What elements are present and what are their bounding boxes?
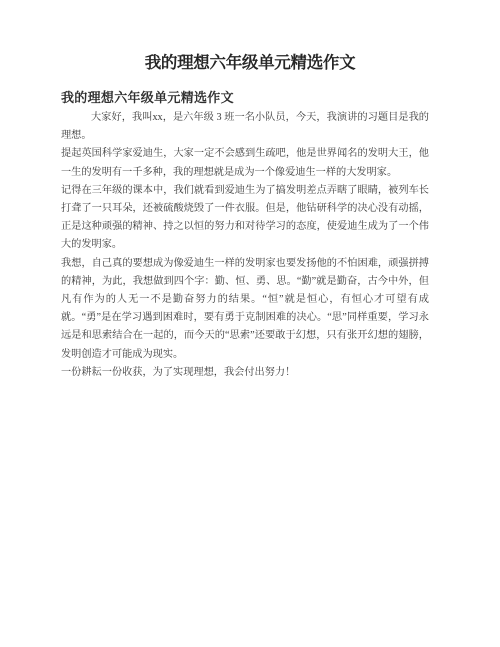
document-body: 大家好，我叫xx，是六年级 3 班一名小队员，今天，我演讲的习题目是我的理想。提…	[0, 109, 429, 382]
paragraph-1: 大家好，我叫xx，是六年级 3 班一名小队员，今天，我演讲的习题目是我的理想。	[61, 109, 429, 145]
paragraph-4: 我想，自己真的要想成为像爱迪生一样的发明家也要发扬他的不怕困难，顽强拼搏的精神，…	[61, 255, 429, 364]
paragraph-5: 一份耕耘一份收获，为了实现理想，我会付出努力！	[61, 364, 429, 382]
paragraph-3: 记得在三年级的课本中，我们就看到爱迪生为了搞发明差点弄瞎了眼睛，被列车长打聋了一…	[61, 182, 429, 255]
document-page: 我的理想六年级单元精选作文 我的理想六年级单元精选作文 大家好，我叫xx，是六年…	[0, 0, 500, 647]
document-subtitle: 我的理想六年级单元精选作文	[0, 89, 500, 106]
document-title: 我的理想六年级单元精选作文	[0, 0, 500, 74]
paragraph-2: 提起英国科学家爱迪生，大家一定不会感到生疏吧，他是世界闻名的发明大王，他一生的发…	[61, 145, 429, 181]
